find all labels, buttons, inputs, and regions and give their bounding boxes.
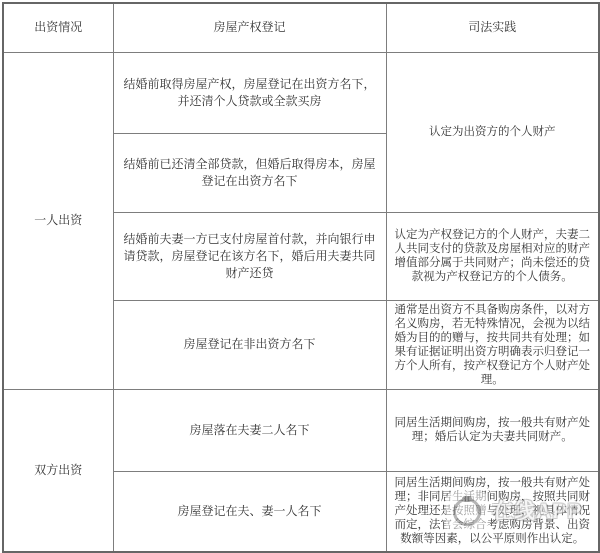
section-label-both-parties: 双方出资 [3, 389, 113, 552]
registration-cell: 结婚前已还清全部贷款，但婚后取得房本，房屋登记在出资方名下 [113, 133, 386, 212]
table-row: 双方出资 房屋落在夫妻二人名下 同居生活期间购房，按一般共有财产处理；婚后认定为… [3, 389, 599, 471]
practice-cell: 同居生活期间购房，按一般共有财产处理；婚后认定为夫妻共同财产。 [386, 389, 599, 471]
registration-cell: 结婚前取得房屋产权，房屋登记在出资方名下，并还清个人贷款或全款买房 [113, 52, 386, 133]
registration-cell: 房屋登记在夫、妻一人名下 [113, 471, 386, 552]
practice-cell: 认定为产权登记方的个人财产，夫妻二人共同支付的贷款及房屋相对应的财产增值部分属于… [386, 212, 599, 300]
page-root: 出资情况 房屋产权登记 司法实践 一人出资 结婚前取得房屋产权，房屋登记在出资方… [0, 0, 600, 541]
section-label-one-party: 一人出资 [3, 52, 113, 389]
registration-cell: 房屋落在夫妻二人名下 [113, 389, 386, 471]
table-header-row: 出资情况 房屋产权登记 司法实践 [3, 3, 599, 52]
practice-cell-merged: 认定为出资方的个人财产 [386, 52, 599, 212]
table-row: 一人出资 结婚前取得房屋产权，房屋登记在出资方名下，并还清个人贷款或全款买房 认… [3, 52, 599, 133]
property-table: 出资情况 房屋产权登记 司法实践 一人出资 结婚前取得房屋产权，房屋登记在出资方… [2, 2, 600, 553]
practice-cell: 通常是出资方不具备购房条件，以对方名义购房，若无特殊情况，会视为以结婚为目的的赠… [386, 300, 599, 389]
practice-cell: 同居生活期间购房，按一般共有财产处理；非同居生活期间购房，按照共同财产处理还是按… [386, 471, 599, 552]
registration-cell: 房屋登记在非出资方名下 [113, 300, 386, 389]
header-funding-situation: 出资情况 [3, 3, 113, 52]
header-judicial-practice: 司法实践 [386, 3, 599, 52]
header-property-registration: 房屋产权登记 [113, 3, 386, 52]
registration-cell: 结婚前夫妻一方已支付房屋首付款，并向银行申请贷款，房屋登记在该方名下，婚后用夫妻… [113, 212, 386, 300]
